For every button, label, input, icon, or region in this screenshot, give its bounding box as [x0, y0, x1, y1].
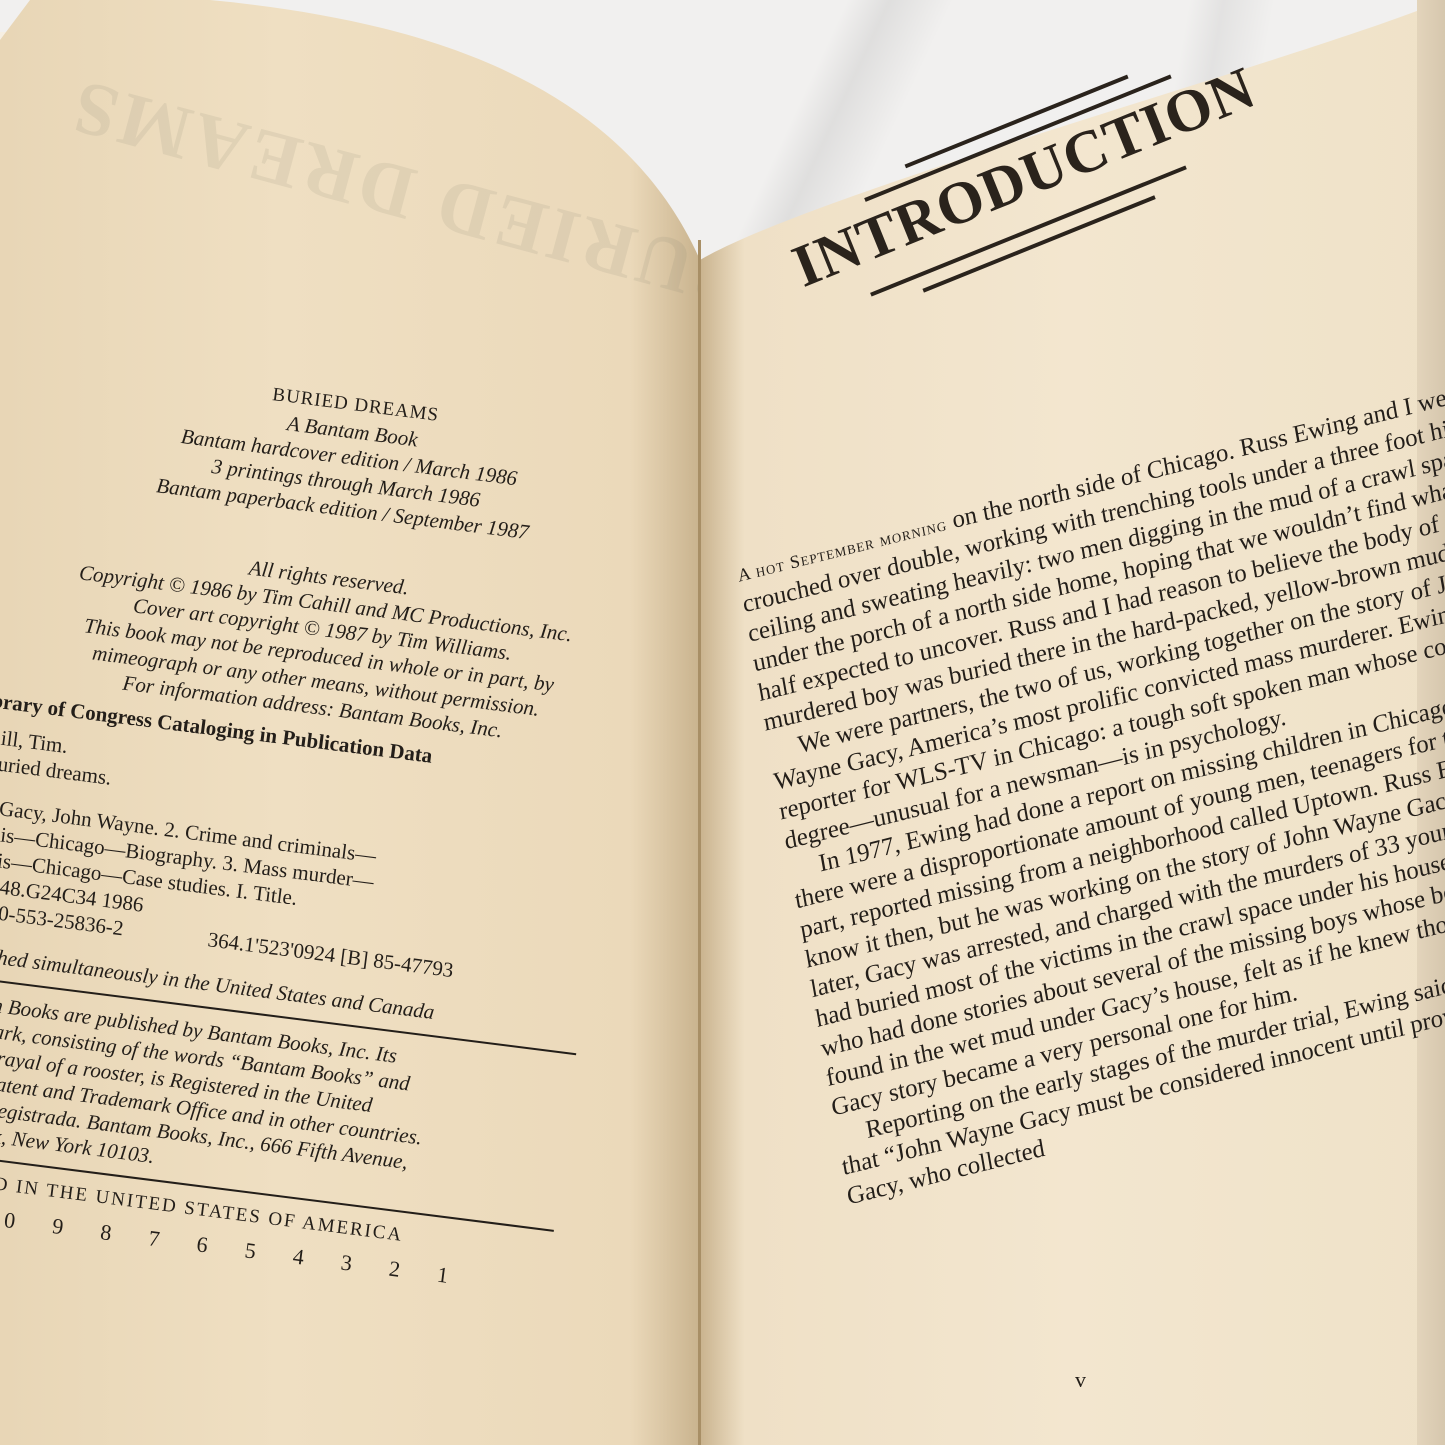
- book-gutter: [698, 240, 701, 1445]
- page-number: v: [1075, 1367, 1086, 1393]
- copyright-text-block: BURIED DREAMS A Bantam Book Bantam hardc…: [0, 350, 655, 1301]
- copyright-page: BURIED DREAMS BURIED DREAMS A Bantam Boo…: [0, 0, 700, 1445]
- title-block: BURIED DREAMS A Bantam Book Bantam hardc…: [4, 350, 655, 559]
